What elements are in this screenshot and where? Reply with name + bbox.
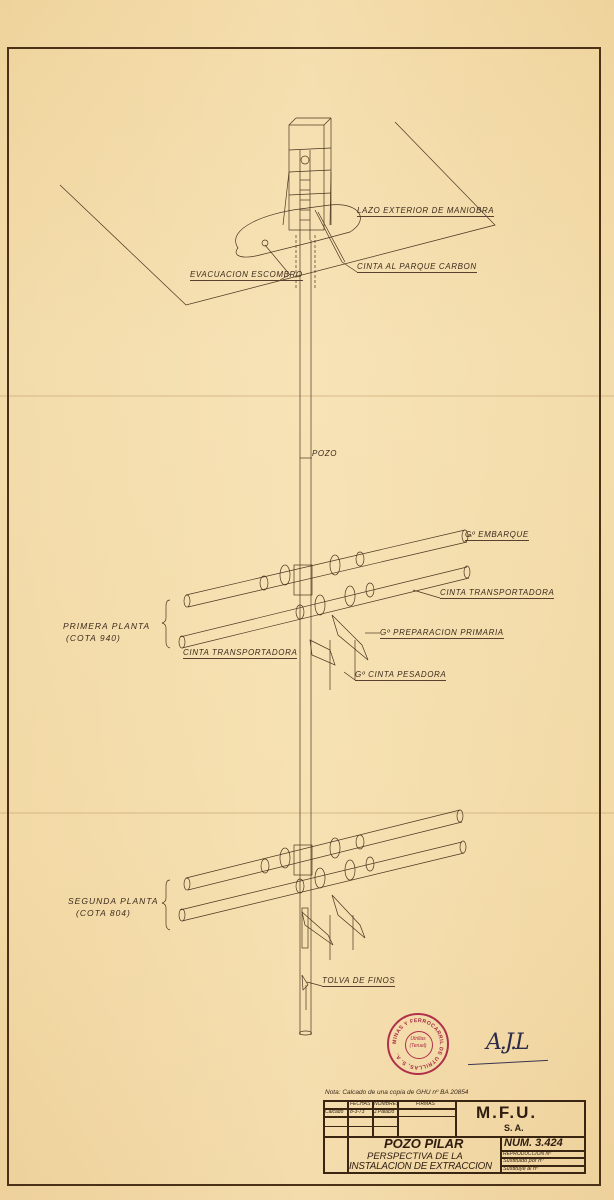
tb-drawing-title: POZO PILAR [384,1136,463,1151]
brace-segunda [162,880,170,930]
tb-header-nombres: NOMBRES [374,1101,399,1107]
lazo-loop [236,205,361,257]
perspective-drawing [0,0,614,1200]
label-lazo-exterior: LAZO EXTERIOR DE MANIOBRA [357,206,494,217]
label-evacuacion-escombro: EVACUACION ESCOMBRO [190,270,303,281]
tb-calcado-nombre: J.Palacio [374,1109,394,1115]
company-stamp: MINAS Y FERROCARRIL DE UTRILLAS, S. A. U… [387,1013,449,1075]
tb-header-firmas: FIRMAS [416,1101,435,1107]
label-pozo: POZO [312,449,337,458]
level-cota: (COTA 804) [68,907,159,919]
tb-drawing-subtitle-2: INSTALACION DE EXTRACCION [349,1161,492,1172]
brace-primera [162,600,170,648]
stamp-center-text: Utrillas (Teruel) [389,1036,447,1050]
level-name: PRIMERA PLANTA [63,620,150,632]
tb-drawing-number: NUM. 3.424 [504,1137,563,1149]
level-name: SEGUNDA PLANTA [68,895,159,907]
tb-sustituye: Sustituye al nº [503,1166,538,1172]
label-cinta-parque-carbon: CINTA AL PARQUE CARBON [357,262,477,273]
label-galeria-preparacion-primaria: Gº PREPARACION PRIMARIA [380,628,504,639]
label-galeria-cinta-pesadora: Gº CINTA PESADORA [355,670,446,681]
tb-calcado-label: Calcado [325,1109,343,1115]
label-galeria-embarque: Gº EMBARQUE [465,530,529,541]
tb-header-fechas: FECHAS [350,1101,370,1107]
tracing-note: Nota: Calcado de una copia de GHU nº BA … [325,1089,468,1096]
label-cinta-transportadora-right: CINTA TRANSPORTADORA [440,588,554,599]
tb-calcado-fecha: 8-3-73 [350,1109,364,1115]
tb-company-suffix: S. A. [504,1123,524,1133]
tb-sustituido: Sustituido por nº [503,1158,543,1164]
title-block: FECHAS NOMBRES FIRMAS Calcado 8-3-73 J.P… [323,1100,586,1174]
tb-blank-left [324,1137,348,1173]
primera-planta-galleries [179,530,470,690]
tb-reproduccion: REPRODUCCION Nº [503,1151,551,1157]
tb-company-name: M.F.U. [476,1103,537,1123]
tb-row-empty [324,1117,398,1127]
stamp-center-line-2: (Teruel) [389,1043,447,1050]
stamp-center-line-1: Utrillas [389,1036,447,1043]
level-label-primera-planta: PRIMERA PLANTA (COTA 940) [63,620,150,644]
level-cota: (COTA 940) [63,632,150,644]
label-tolva-de-finos: TOLVA DE FINOS [322,976,395,987]
label-cinta-transportadora-left: CINTA TRANSPORTADORA [183,648,297,659]
level-label-segunda-planta: SEGUNDA PLANTA (COTA 804) [68,895,159,919]
signature: A.J.L [486,1030,528,1055]
